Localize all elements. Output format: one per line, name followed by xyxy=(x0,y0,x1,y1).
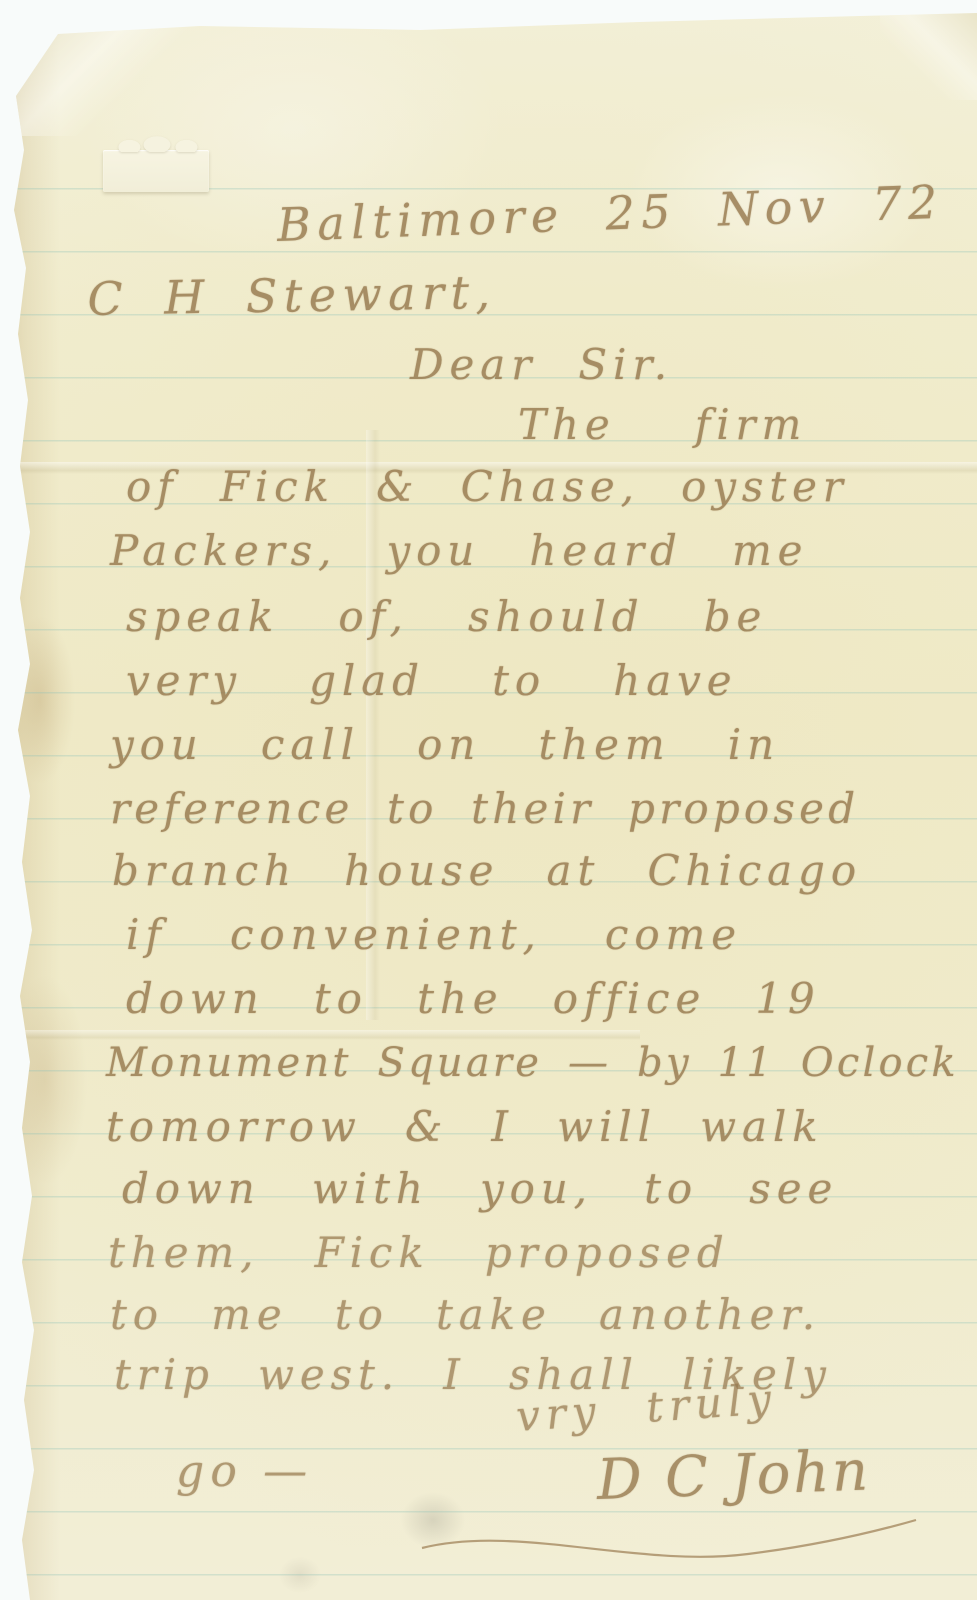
body-line: reference to their proposed xyxy=(110,784,859,833)
body-line: speak of, should be xyxy=(126,592,767,641)
scanned-letter: Baltimore 25 Nov 72 C H Stewart, Dear Si… xyxy=(0,0,977,1600)
body-line: Monument Square — by 11 Oclock xyxy=(106,1040,959,1086)
body-line: to me to take another. xyxy=(110,1290,821,1339)
recipient-line: C H Stewart, xyxy=(87,265,497,326)
letter-paper: Baltimore 25 Nov 72 C H Stewart, Dear Si… xyxy=(0,0,977,1600)
body-line: branch house at Chicago xyxy=(112,846,862,895)
body-line: of Fick & Chase, oyster xyxy=(126,462,849,511)
aside-line: go — xyxy=(176,1446,313,1497)
corner-crease xyxy=(6,26,206,136)
embossed-stamp xyxy=(103,150,209,192)
body-line: The firm xyxy=(518,400,807,449)
corner-crease xyxy=(880,10,977,100)
signature: D C John xyxy=(596,1438,872,1513)
body-line: Packers, you heard me xyxy=(110,526,808,575)
salutation-line: Dear Sir. xyxy=(410,340,673,389)
body-line: you call on them in xyxy=(110,720,780,769)
body-line: very glad to have xyxy=(126,656,737,705)
signature-flourish xyxy=(408,1506,928,1576)
body-line: them, Fick proposed xyxy=(108,1228,730,1277)
body-line: if convenient, come xyxy=(126,910,742,959)
body-line: down with you, to see xyxy=(122,1164,838,1213)
body-line: down to the office 19 xyxy=(126,974,821,1023)
body-line: tomorrow & I will walk xyxy=(106,1102,824,1151)
dateline: Baltimore 25 Nov 72 xyxy=(276,175,944,252)
fold-crease xyxy=(0,1030,640,1040)
